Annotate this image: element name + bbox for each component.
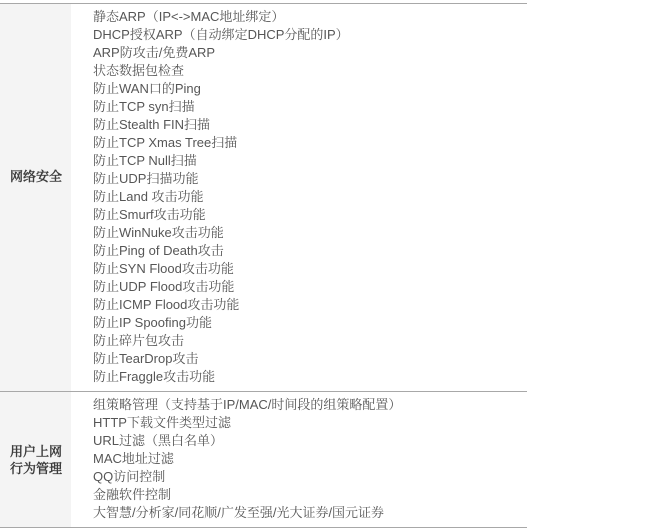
feature-item: 状态数据包检查	[93, 62, 527, 80]
feature-item: 金融软件控制	[93, 486, 527, 504]
feature-item: 防止Stealth FIN扫描	[93, 116, 527, 134]
feature-item: 防止碎片包攻击	[93, 332, 527, 350]
feature-item: 防止ICMP Flood攻击功能	[93, 296, 527, 314]
feature-item: 大智慧/分析家/同花顺/广发至强/光大证券/国元证券	[93, 504, 527, 522]
feature-item: QQ访问控制	[93, 468, 527, 486]
feature-list-user-behavior: 组策略管理（支持基于IP/MAC/时间段的组策略配置）HTTP下载文件类型过滤U…	[71, 392, 527, 527]
feature-item: 防止Smurf攻击功能	[93, 206, 527, 224]
spec-table: 网络安全 静态ARP（IP<->MAC地址绑定）DHCP授权ARP（自动绑定DH…	[0, 3, 527, 528]
row-label-cell-network-security: 网络安全	[0, 4, 71, 391]
row-label-line: 网络安全	[10, 168, 62, 185]
feature-item: 防止TearDrop攻击	[93, 350, 527, 368]
feature-item: 防止WinNuke攻击功能	[93, 224, 527, 242]
row-label-network-security: 网络安全	[10, 168, 62, 185]
feature-item: 防止TCP Null扫描	[93, 152, 527, 170]
feature-item: 防止IP Spoofing功能	[93, 314, 527, 332]
feature-list-network-security: 静态ARP（IP<->MAC地址绑定）DHCP授权ARP（自动绑定DHCP分配的…	[71, 4, 527, 391]
feature-item: URL过滤（黑白名单）	[93, 432, 527, 450]
spec-section-user-behavior: 用户上网行为管理 组策略管理（支持基于IP/MAC/时间段的组策略配置）HTTP…	[0, 392, 527, 528]
feature-item: 防止WAN口的Ping	[93, 80, 527, 98]
feature-item: 防止TCP syn扫描	[93, 98, 527, 116]
row-label-line: 用户上网	[10, 443, 62, 460]
feature-item: 防止TCP Xmas Tree扫描	[93, 134, 527, 152]
row-label-user-behavior: 用户上网行为管理	[10, 443, 62, 477]
feature-item: 防止UDP扫描功能	[93, 170, 527, 188]
feature-item: HTTP下载文件类型过滤	[93, 414, 527, 432]
feature-item: 组策略管理（支持基于IP/MAC/时间段的组策略配置）	[93, 396, 527, 414]
feature-item: MAC地址过滤	[93, 450, 527, 468]
row-label-line: 行为管理	[10, 460, 62, 477]
page: 网络安全 静态ARP（IP<->MAC地址绑定）DHCP授权ARP（自动绑定DH…	[0, 0, 666, 530]
feature-item: 防止Land 攻击功能	[93, 188, 527, 206]
feature-item: DHCP授权ARP（自动绑定DHCP分配的IP）	[93, 26, 527, 44]
feature-item: 防止SYN Flood攻击功能	[93, 260, 527, 278]
feature-item: 防止Ping of Death攻击	[93, 242, 527, 260]
row-label-cell-user-behavior: 用户上网行为管理	[0, 392, 71, 527]
feature-item: 防止UDP Flood攻击功能	[93, 278, 527, 296]
feature-item: 防止Fraggle攻击功能	[93, 368, 527, 386]
feature-item: 静态ARP（IP<->MAC地址绑定）	[93, 8, 527, 26]
feature-item: ARP防攻击/免费ARP	[93, 44, 527, 62]
spec-section-network-security: 网络安全 静态ARP（IP<->MAC地址绑定）DHCP授权ARP（自动绑定DH…	[0, 4, 527, 392]
